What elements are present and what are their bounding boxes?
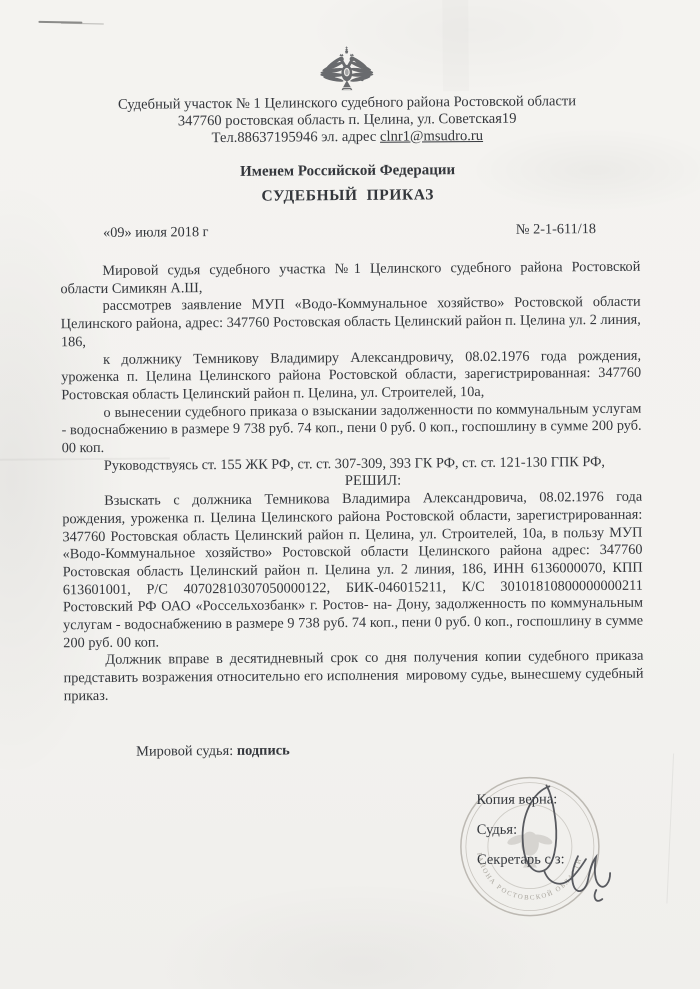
document-title: Именем Российской Федерации СУДЕБНЫЙ ПРИ… (0, 160, 698, 207)
resolution-paragraph: Должник вправе в десятидневный срок со д… (63, 648, 643, 706)
court-phone: Тел.88637195946 эл. адрес (212, 129, 381, 146)
preamble-paragraph: рассмотрев заявление МУП «Водо-Коммуналь… (61, 294, 641, 352)
title-court-order: СУДЕБНЫЙ ПРИКАЗ (0, 184, 698, 207)
preamble-paragraph: Мировой судья судебного участка №1 Целин… (60, 259, 640, 299)
paper-crease (666, 754, 674, 904)
scan-artifact-mark (38, 21, 82, 24)
court-header: Судебный участок № 1 Целинского судебног… (0, 92, 697, 148)
preamble-paragraph: к должнику Темникову Владимиру Александр… (61, 347, 641, 405)
document-date: «09» июля 2018 г (103, 224, 209, 242)
preamble-paragraph: о вынесении судебного приказа о взыскани… (61, 400, 641, 458)
resolution-paragraph: Взыскать с должника Темникова Владимира … (62, 489, 643, 653)
judge-signature-label: Мировой судья: (136, 742, 237, 759)
meta-row: «09» июля 2018 г № 2-1-611/18 (0, 220, 698, 242)
title-in-the-name-of: Именем Российской Федерации (0, 160, 698, 182)
court-email-link[interactable]: clnr1@msudro.ru (380, 128, 483, 145)
judge-signature-line: Мировой судья: подпись (136, 739, 644, 761)
case-number: № 2-1-611/18 (516, 221, 596, 239)
handwritten-signature (457, 766, 628, 932)
document-content: Судебный участок № 1 Целинского судебног… (0, 0, 700, 989)
judge-signature-value: подпись (237, 742, 290, 758)
document-body: Мировой судья судебного участка №1 Целин… (60, 254, 644, 762)
